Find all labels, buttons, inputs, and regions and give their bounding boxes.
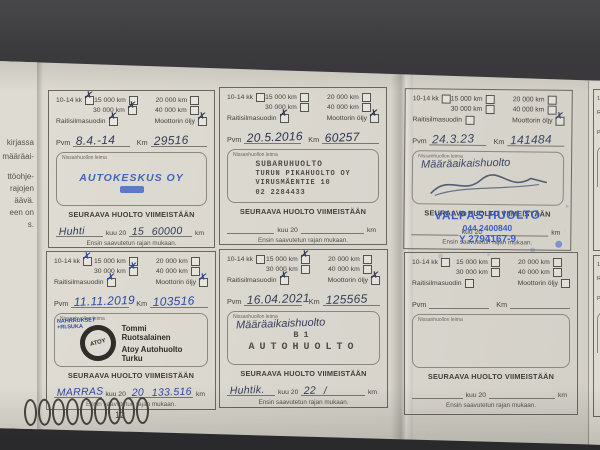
- stamp-line-3: Atoy Autohuolto: [122, 345, 183, 354]
- km15-checkbox-item: 15 000 km ✗: [266, 255, 328, 265]
- km-field: 125565: [323, 292, 380, 306]
- checkbox: ✗: [85, 96, 94, 105]
- next-service-title: SEURAAVA HUOLTO VIIMEISTÄÄN: [412, 372, 570, 381]
- next-month-handwritten: Huhtik.: [230, 383, 265, 396]
- next-month-handwritten: MARRAS: [57, 385, 104, 399]
- next-service-title: SEURAAVA HUOLTO VIIMEISTÄÄN: [54, 371, 208, 380]
- stamp-line-1: AUTOKESKUS OY: [79, 172, 183, 184]
- checkbox: ✗: [486, 95, 495, 104]
- checkbox: ✗: [128, 106, 137, 115]
- checkbox: ✗: [362, 93, 371, 102]
- pvm-handwritten-value: 20.5.2016: [247, 129, 304, 145]
- pvm-label: Pvm: [227, 135, 244, 144]
- km30-checkbox-item: 30 000 km ✗: [451, 104, 513, 114]
- footnote: Ensin saavutetun rajan mukaan.: [227, 237, 379, 244]
- spiral-ring: [66, 398, 79, 425]
- km15-label: 15 000 km: [94, 257, 126, 267]
- km40-label: 40 000 km: [156, 267, 188, 277]
- pen-check-mark: ✗: [107, 112, 118, 123]
- km20-checkbox-item: 20 000 km ✗: [518, 258, 570, 268]
- checkbox: ✗: [256, 255, 265, 264]
- spiral-ring: [136, 397, 149, 424]
- km20-checkbox-item: 20 000 km ✗: [328, 255, 380, 265]
- km15-label: 15 000 km: [265, 93, 297, 103]
- checkbox: ✗: [465, 279, 474, 288]
- km-field: 29516: [151, 133, 207, 147]
- spiral-binding: [24, 397, 149, 426]
- pvm-handwritten-value: 24.3.23: [432, 131, 474, 146]
- next-year-handwritten: 15: [132, 225, 145, 237]
- spiral-ring: [52, 398, 65, 425]
- stamp-area: Nissanhuollon leima: [412, 314, 570, 368]
- checkbox: ✗: [109, 117, 118, 126]
- km20-checkbox-item: 20 000 km ✗: [156, 257, 208, 267]
- checkbox: ✗: [370, 114, 379, 123]
- checkbox: ✗: [442, 95, 451, 104]
- checkbox: ✗: [553, 268, 562, 277]
- checkbox: ✗: [300, 103, 309, 112]
- pen-check-mark: ✗: [127, 261, 138, 272]
- next-year-field: 15: [129, 225, 149, 237]
- pen-check-mark: ✗: [81, 252, 92, 263]
- pvm-label: Pvm: [412, 300, 429, 309]
- km-handwritten-value: 125565: [325, 291, 367, 306]
- previous-page-edge: kirjassa määräai- ttöohje- rajojen äävä.…: [0, 57, 37, 449]
- service-record-box: 10-14 kk ✗ 15 000 km ✗ 20 000 km ✗ 30 00: [403, 88, 573, 251]
- checkbox: ✗: [555, 117, 564, 126]
- interval-label: 10-14 kk: [413, 94, 439, 104]
- checkbox: ✗: [491, 258, 500, 267]
- moottorin-oljy-checkbox-item: Moottorin öljy ✗: [328, 276, 380, 286]
- raitisilmasuodin-label: Raitisilmasuodin: [227, 114, 277, 124]
- next-km-handwritten: /: [324, 384, 328, 396]
- checkbox: ✗: [301, 255, 310, 264]
- raitisilmasuodin-checkbox-item: Raitisilmasuodin ✗: [412, 279, 474, 289]
- moottorin-oljy-checkbox-item: Moottorin öljy ✗: [512, 116, 565, 126]
- moottorin-oljy-label: Moottorin öljy: [155, 117, 195, 127]
- moottorin-oljy-checkbox-item: Moottorin öljy ✗: [156, 278, 208, 288]
- km20-label: 20 000 km: [155, 96, 187, 106]
- service-booklet: kirjassa määräai- ttöohje- rajojen äävä.…: [0, 57, 600, 449]
- interval-checkbox-item: 10-14 kk ✗: [412, 258, 456, 268]
- dealer-stamp: SUBARUHUOLTO TURUN PIKAHUOLTO OY VIRUSMÄ…: [228, 150, 378, 202]
- partial-service-box: 10-14 kk Raitisilm Pvm: [593, 89, 600, 251]
- next-km-field: 133.516: [149, 386, 193, 398]
- page-text-fragment: ttöohje-: [7, 172, 34, 181]
- kuu-20-label: kuu 20: [277, 227, 297, 234]
- next-month-field: Huhtik.: [227, 384, 275, 396]
- stamp-area: Nissanhuollon leima Määräaikaishuolto B1…: [227, 311, 380, 365]
- km15-label: 15 000 km: [266, 255, 298, 265]
- spiral-ring: [24, 399, 37, 426]
- interval-label: 10-14 kk: [54, 257, 80, 267]
- pen-check-mark: ✗: [299, 250, 310, 261]
- checkbox: ✗: [485, 105, 494, 114]
- interval-label: 10-14 kk: [227, 255, 253, 265]
- raitisilmasuodin-label: Raitisilmasuodin: [56, 117, 106, 127]
- small-note-handwriting: NAHRRUKSET +RI.SUKA: [57, 317, 99, 330]
- page-text-fragment: kirjassa: [7, 138, 34, 147]
- km40-label: 40 000 km: [513, 105, 545, 115]
- pen-check-mark: ✗: [83, 91, 94, 102]
- km20-checkbox-item: 20 000 km ✗: [513, 95, 565, 105]
- checkbox: ✗: [129, 267, 138, 276]
- next-km-field: [321, 222, 364, 234]
- spiral-ring: [38, 399, 51, 426]
- next-year-field: 20: [129, 386, 149, 398]
- km20-label: 20 000 km: [328, 255, 360, 265]
- km20-checkbox-item: 20 000 km ✗: [155, 96, 207, 106]
- next-service-title: SEURAAVA HUOLTO VIIMEISTÄÄN: [227, 369, 380, 378]
- checkbox: ✗: [190, 96, 199, 105]
- stamp-logo-mark: [120, 186, 144, 193]
- pvm-field: 20.5.2016: [244, 130, 301, 144]
- pvm-field: 8.4.-14: [73, 133, 129, 147]
- dealer-stamp: AUTOKESKUS OY: [57, 153, 206, 205]
- checkbox: ✗: [191, 257, 200, 266]
- signature-scribble: [427, 171, 557, 198]
- km20-label: 20 000 km: [518, 258, 550, 268]
- checkbox: ✗: [198, 117, 207, 126]
- pvm-field: [429, 295, 489, 309]
- kuu-20-label: kuu 20: [278, 389, 298, 396]
- stamp-area: Nissanhuollon leima Määräaikaishuolto VA…: [412, 150, 565, 206]
- page-text-fragment: rajojen: [10, 184, 34, 193]
- dealer-stamp: [413, 315, 569, 367]
- moottorin-oljy-checkbox-item: Moottorin öljy ✗: [518, 279, 570, 289]
- raitisilmasuodin-label: Raitisilmasuodin: [54, 278, 104, 288]
- next-km-field: [509, 387, 555, 399]
- ink-splatter: [555, 241, 562, 248]
- next-month-field: MARRAS: [54, 386, 102, 398]
- stamp-logo-text: ATOY: [89, 338, 106, 348]
- interval-checkbox-item: 10-14 kk ✗: [413, 94, 451, 104]
- footnote: Ensin saavutetun rajan mukaan.: [227, 399, 380, 406]
- km-handwritten-value: 103516: [153, 293, 195, 308]
- service-record-box: 10-14 kk ✗ 15 000 km ✗ 20 000 km ✗ 30 00: [48, 90, 215, 248]
- km15-checkbox-item: 15 000 km ✗: [456, 258, 518, 268]
- raitisilmasuodin-label: Raitisilmasuodin: [227, 276, 277, 286]
- next-year-handwritten: 22: [304, 384, 317, 396]
- checkbox: ✗: [547, 96, 556, 105]
- km-field: 141484: [507, 132, 564, 147]
- km-label: Km: [494, 137, 508, 146]
- pen-check-mark: ✗: [126, 100, 137, 111]
- km30-checkbox-item: 30 000 km ✗: [93, 106, 155, 116]
- km-label: Km: [309, 297, 323, 306]
- footnote: Ensin saavutetun rajan mukaan.: [412, 402, 570, 409]
- km15-checkbox-item: 15 000 km ✗: [94, 96, 155, 106]
- page-text-fragment: määräai-: [2, 152, 34, 161]
- moottorin-oljy-label: Moottorin öljy: [156, 278, 196, 288]
- pen-check-mark: ✗: [368, 109, 379, 120]
- pen-check-mark: ✗: [554, 111, 565, 122]
- km15-label: 15 000 km: [456, 258, 488, 268]
- spiral-ring: [94, 398, 107, 425]
- service-record-box: 10-14 kk ✗ 15 000 km ✗ 20 000 km ✗ 30 00: [404, 252, 578, 415]
- next-year-field: [301, 222, 321, 234]
- km30-checkbox-item: 30 000 km ✗: [456, 268, 518, 278]
- next-month-handwritten: Huhti: [59, 225, 85, 238]
- pvm-field: 16.04.2021: [244, 292, 301, 306]
- km15-label: 15 000 km: [94, 96, 126, 106]
- km-handwritten-value: 141484: [510, 132, 552, 147]
- raitisilmasuodin-checkbox-item: Raitisilmasuodin ✗: [56, 117, 118, 127]
- km30-label: 30 000 km: [451, 104, 483, 114]
- pvm-label: Pvm: [227, 297, 244, 306]
- checkbox: ✗: [301, 265, 310, 274]
- km-handwritten-value: 60257: [325, 129, 360, 144]
- pvm-label: Pvm: [54, 299, 71, 308]
- footnote: Ensin saavutetun rajan mukaan.: [56, 240, 207, 247]
- km-handwritten-value: 29516: [153, 132, 188, 147]
- checkbox: ✗: [107, 278, 116, 287]
- next-month-field: [227, 222, 274, 234]
- checkbox: ✗: [491, 268, 500, 277]
- pvm-field: 24.3.23: [430, 131, 487, 146]
- stamp-line-4: Turku: [122, 354, 183, 363]
- km-unit-label: km: [195, 230, 204, 237]
- moottorin-oljy-label: Moottorin öljy: [327, 114, 367, 124]
- next-service-title: SEURAAVA HUOLTO VIIMEISTÄÄN: [227, 207, 379, 216]
- raitisilmasuodin-checkbox-item: Raitisilmasuodin ✗: [227, 114, 289, 124]
- stamp-line-1: SUBARUHUOLTO: [255, 160, 350, 170]
- service-record-box: 10-14 kk ✗ 15 000 km ✗ 20 000 km ✗ 30 00: [219, 87, 387, 245]
- checkbox: ✗: [441, 258, 450, 267]
- interval-checkbox-item: 10-14 kk ✗: [227, 255, 266, 265]
- dealer-stamp: VALPAS HUOLTO 044 2400840 Y 2794167-9: [408, 207, 566, 245]
- km15-checkbox-item: 15 000 km ✗: [94, 257, 156, 267]
- km20-label: 20 000 km: [327, 93, 359, 103]
- page-text-fragment: äävä.: [14, 196, 34, 205]
- checkbox: ✗: [256, 93, 265, 102]
- pen-check-mark: ✗: [197, 273, 208, 284]
- km-label: Km: [308, 135, 322, 144]
- next-year-field: [489, 387, 509, 399]
- next-km-field: /: [321, 384, 365, 396]
- km40-label: 40 000 km: [518, 268, 550, 278]
- km-label: Km: [137, 138, 151, 147]
- moottorin-oljy-label: Moottorin öljy: [518, 279, 558, 289]
- km-field: 60257: [322, 130, 379, 144]
- moottorin-oljy-checkbox-item: Moottorin öljy ✗: [155, 117, 207, 127]
- next-km-handwritten: 133.516: [151, 385, 191, 398]
- next-month-field: Huhti: [56, 225, 103, 237]
- km15-label: 15 000 km: [451, 95, 483, 105]
- service-note-handwriting: Määräaikaishuolto: [236, 316, 326, 331]
- km-label: Km: [496, 300, 510, 309]
- pen-check-mark: ✗: [369, 271, 380, 282]
- km-unit-label: km: [367, 227, 376, 234]
- interval-checkbox-item: 10-14 kk ✗: [56, 96, 94, 106]
- interval-label: 10-14 kk: [56, 96, 82, 106]
- next-km-field: 60000: [149, 225, 192, 237]
- pen-check-mark: ✗: [278, 109, 289, 120]
- pen-check-mark: ✗: [196, 112, 207, 123]
- stamp-line-1: VALPAS HUOLTO: [434, 207, 540, 222]
- service-note-handwriting: Määräaikaishuolto: [421, 156, 511, 170]
- interval-checkbox-item: 10-14 kk ✗: [54, 257, 94, 267]
- moottorin-oljy-label: Moottorin öljy: [512, 116, 553, 126]
- next-km-handwritten: 60000: [152, 224, 183, 237]
- stamp-line-2: AUTOHUOLTO: [248, 342, 358, 353]
- km30-checkbox-item: 30 000 km ✗: [266, 265, 328, 275]
- km40-label: 40 000 km: [327, 103, 359, 113]
- stamp-line-4: 02 2284433: [255, 189, 350, 199]
- next-month-field: [412, 387, 463, 399]
- pvm-handwritten-value: 11.11.2019: [74, 292, 136, 308]
- next-service-title: SEURAAVA HUOLTO VIIMEISTÄÄN: [56, 210, 207, 219]
- interval-label: 10-14 kk: [412, 258, 438, 268]
- next-year-field: 22: [301, 384, 321, 396]
- checkbox: ✗: [280, 276, 289, 285]
- km-unit-label: km: [368, 389, 377, 396]
- checkbox: ✗: [465, 116, 474, 125]
- raitisilmasuodin-label: Raitisilmasuodin: [412, 115, 462, 125]
- page-text-fragment: s.: [28, 220, 34, 229]
- pvm-label: Pvm: [412, 136, 429, 145]
- page-number: 12: [115, 410, 125, 420]
- stamp-line-1: Tommi: [122, 324, 183, 333]
- km30-checkbox-item: 30 000 km ✗: [94, 267, 156, 277]
- checkbox: ✗: [561, 279, 570, 288]
- moottorin-oljy-label: Moottorin öljy: [328, 276, 368, 286]
- kuu-20-label: kuu 20: [106, 230, 126, 237]
- checkbox: ✗: [553, 258, 562, 267]
- spiral-ring: [80, 398, 93, 425]
- km30-checkbox-item: 30 000 km ✗: [265, 103, 327, 113]
- stamp-line-3: VIRUSMÄENTIE 10: [255, 179, 350, 189]
- stamp-line-2: 044 2400840: [434, 222, 540, 233]
- km40-label: 40 000 km: [328, 265, 360, 275]
- km-unit-label: km: [558, 392, 567, 399]
- km-unit-label: km: [196, 391, 205, 398]
- stamp-area: Nissanhuollon leima AUTOKESKUS OY: [56, 152, 207, 206]
- kuu-20-label: kuu 20: [466, 392, 486, 399]
- km40-checkbox-item: 40 000 km ✗: [518, 268, 570, 278]
- next-page-edge: 10-14 kk Raitisilm Pvm 10-14 kk Raitisil…: [588, 57, 600, 449]
- raitisilmasuodin-label: Raitisilmasuodin: [412, 279, 462, 289]
- km20-label: 20 000 km: [156, 257, 188, 267]
- checkbox: ✗: [300, 93, 309, 102]
- km15-checkbox-item: 15 000 km ✗: [265, 93, 327, 103]
- pvm-handwritten-value: 16.04.2021: [247, 290, 311, 306]
- pen-check-mark: ✗: [278, 271, 289, 282]
- pvm-handwritten-value: 8.4.-14: [76, 132, 116, 147]
- service-record-box: 10-14 kk ✗ 15 000 km ✗ 20 000 km ✗ 30 00: [46, 251, 216, 410]
- stamp-area: Nissanhuollon leima SUBARUHUOLTO TURUN P…: [227, 149, 379, 203]
- stamp-line-2: TURUN PIKAHUOLTO OY: [255, 170, 350, 180]
- interval-checkbox-item: 10-14 kk ✗: [227, 93, 265, 103]
- pen-check-mark: ✗: [105, 273, 116, 284]
- pvm-field: 11.11.2019: [71, 294, 129, 308]
- pvm-label: Pvm: [56, 138, 73, 147]
- stamp-area: Nissanhuollon leima NAHRRUKSET +RI.SUKA …: [54, 313, 208, 367]
- raitisilmasuodin-checkbox-item: Raitisilmasuodin ✗: [412, 115, 474, 125]
- checkbox: ✗: [371, 276, 380, 285]
- checkbox: ✗: [363, 255, 372, 264]
- raitisilmasuodin-checkbox-item: Raitisilmasuodin ✗: [227, 276, 289, 286]
- checkbox: ✗: [83, 257, 92, 266]
- km-field: [510, 295, 570, 309]
- interval-label: 10-14 kk: [227, 93, 253, 103]
- stamp-line-1: B1: [248, 330, 358, 340]
- service-record-box: 10-14 kk ✗ 15 000 km ✗ 20 000 km ✗ 30 00: [219, 249, 388, 408]
- km-label: Km: [136, 299, 150, 308]
- page-edge-shadow: [37, 57, 43, 449]
- checkbox: ✗: [199, 278, 208, 287]
- page-text-fragment: een on: [10, 208, 34, 217]
- km40-label: 40 000 km: [155, 106, 187, 116]
- raitisilmasuodin-checkbox-item: Raitisilmasuodin ✗: [54, 278, 116, 288]
- partial-service-box: 10-14 kk Raitisilm Pvm: [593, 255, 600, 417]
- km20-label: 20 000 km: [513, 95, 545, 105]
- checkbox: ✗: [280, 114, 289, 123]
- km20-checkbox-item: 20 000 km ✗: [327, 93, 379, 103]
- stamp-line-2: Ruotsalainen: [122, 333, 183, 342]
- km-field: 103516: [150, 294, 208, 308]
- moottorin-oljy-checkbox-item: Moottorin öljy ✗: [327, 114, 379, 124]
- km30-label: 30 000 km: [456, 268, 488, 278]
- stamp-line-3: Y 2794167-9: [434, 233, 540, 245]
